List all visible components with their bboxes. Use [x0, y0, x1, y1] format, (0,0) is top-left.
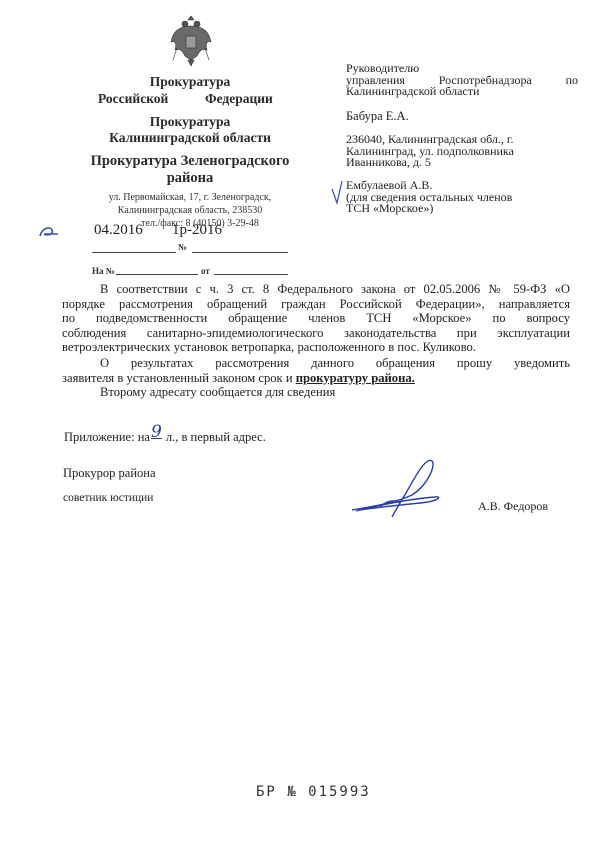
letterhead-line-4: Калининградской области — [60, 130, 320, 146]
body-p1-line-5: ветроэлектрических установок ветропарка,… — [62, 340, 570, 355]
body-p2-emphasis: прокуратуру района. — [296, 371, 415, 385]
recipient-address-line-3: Иванникова, д. 5 — [346, 157, 514, 169]
recipient-3-line-3: ТСН «Морское») — [346, 203, 512, 215]
body-p2-line-2: заявителя в установленный законом срок и… — [62, 371, 570, 386]
body-p1-line-1: В соответствии с ч. 3 ст. 8 Федерального… — [62, 282, 570, 297]
recipient-1: Руководителю управления Роспотребнадзора… — [346, 63, 578, 98]
letterhead-address-2: Калининградская область, 238530 — [60, 205, 320, 217]
handwritten-mark-icon — [38, 224, 60, 242]
handwritten-signature-icon — [350, 455, 460, 525]
recipient-address: 236040, Калининградская обл., г. Калинин… — [346, 134, 514, 169]
handwritten-check-icon — [330, 179, 344, 210]
reference-from-label: от — [201, 266, 210, 276]
form-serial-number: БР № 015993 — [256, 784, 371, 800]
letterhead-line-6: района — [60, 170, 320, 187]
letterhead-line-1: Прокуратура — [60, 74, 320, 90]
recipient-3: Ембулаевой А.В. (для сведения остальных … — [346, 180, 512, 215]
recipient-2: Бабура Е.А. — [346, 111, 409, 123]
body-p1-line-3: по подведомственности обращение членов Т… — [62, 311, 570, 326]
reference-label: На № — [92, 266, 115, 276]
reference-number-line — [116, 274, 198, 275]
stamp-number: 1р-2016 — [172, 222, 222, 239]
attachment-prefix: Приложение: на — [64, 430, 150, 444]
attachment-suffix: л., в первый адрес. — [163, 430, 266, 444]
recipient-1-line-3: Калининградской области — [346, 86, 578, 98]
attachment-pages: 9 — [150, 422, 163, 442]
letterhead-line-2-right: Федерации — [205, 91, 273, 107]
signatory-position: Прокурор района — [63, 466, 156, 481]
date-line — [92, 252, 176, 253]
signatory-name: А.В. Федоров — [478, 499, 548, 514]
body-p3: Второму адресату сообщается для сведения — [62, 385, 570, 400]
body-paragraph-2: О результатах рассмотрения данного обращ… — [62, 356, 570, 400]
body-p1-line-2: порядке рассмотрения обращений граждан Р… — [62, 297, 570, 312]
attachment-note: Приложение: на9 л., в первый адрес. — [64, 426, 266, 446]
recipient-2-line-1: Бабура Е.А. — [346, 111, 409, 123]
stamp-date: 04.2016 — [94, 222, 143, 239]
letterhead-address-1: ул. Первомайская, 17, г. Зеленоградск, — [60, 192, 320, 204]
letterhead-line-5: Прокуратура Зеленоградского — [60, 153, 320, 170]
number-label: № — [178, 242, 187, 252]
letterhead-line-2-left: Российской — [98, 91, 168, 107]
reference-date-line — [214, 274, 288, 275]
number-line — [192, 252, 288, 253]
letterhead-line-3: Прокуратура — [60, 114, 320, 130]
coat-of-arms-icon — [163, 12, 219, 68]
body-paragraph-1: В соответствии с ч. 3 ст. 8 Федерального… — [62, 282, 570, 355]
signatory-rank: советник юстиции — [63, 492, 153, 504]
body-p1-line-4: соблюдения санитарно-эпидемиологического… — [62, 326, 570, 341]
body-p2-line-1: О результатах рассмотрения данного обращ… — [62, 356, 570, 371]
body-p2-line-2-text: заявителя в установленный законом срок и — [62, 371, 296, 385]
